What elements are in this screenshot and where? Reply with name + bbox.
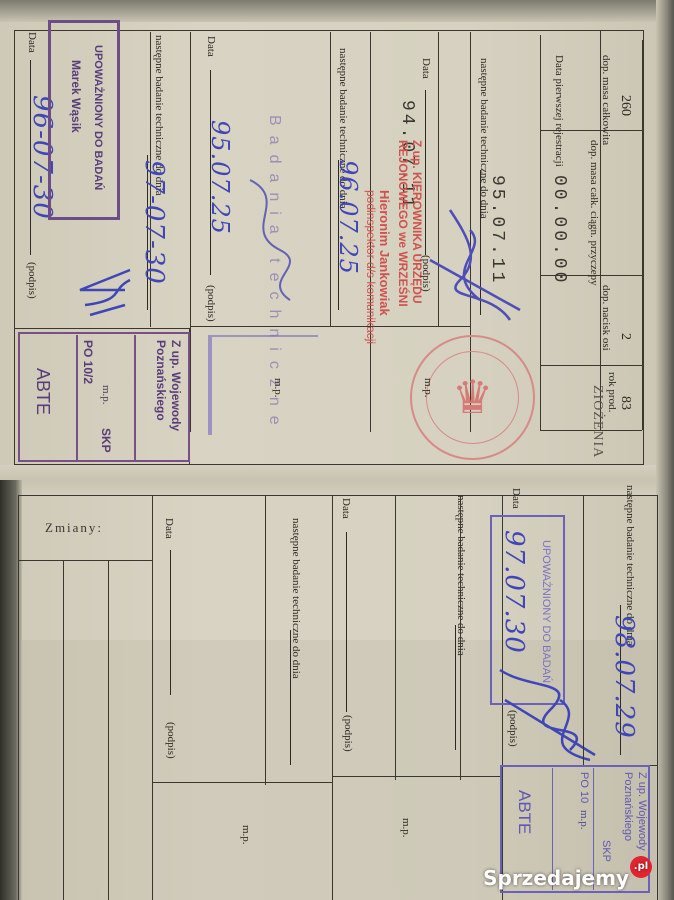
skp-stamp-2-name: ABTE	[516, 790, 533, 834]
inspection-6-mp-label: m.p.	[240, 825, 251, 845]
divider	[583, 495, 584, 765]
inspection-2-signature-label: (podpis)	[205, 285, 216, 322]
divider	[395, 495, 396, 780]
divider	[190, 32, 191, 432]
watermark-badge: .pl	[630, 856, 652, 878]
authorized-inspector-stamp	[48, 20, 120, 220]
inspection-1-mp-label: m.p.	[422, 378, 433, 398]
inspection-1-date-label: Data	[420, 58, 431, 79]
skp-stamp-code: PO 10/2	[82, 340, 94, 384]
inspection-6-next-label: następne badanie techniczne do dnia	[290, 518, 301, 679]
page-fold	[0, 465, 674, 495]
inspection-3-mp-label: m.p.	[100, 385, 111, 405]
card-edge-right	[656, 0, 674, 900]
inspection-2-faint-frame	[208, 335, 318, 435]
divider	[332, 776, 502, 777]
inspection-5-date-label: Data	[340, 498, 351, 519]
inspection-4-next-value: 98.07.29	[612, 615, 636, 739]
changes-col-divider	[108, 560, 109, 900]
inspection-5-signature-label: (podpis)	[342, 715, 353, 752]
inspection-2-mp-label: m.p.	[272, 378, 283, 398]
trailer-weight-label: dop. masa całk. ciągn. przyczepy	[588, 140, 599, 286]
authorized-stamp-title: UPOWAŻNIONY DO BADAŃ	[92, 45, 104, 190]
inspection-4-signature	[490, 660, 610, 770]
inspection-3-signature	[70, 260, 140, 320]
stamp-divider	[134, 335, 136, 460]
inspection-6-date-label: Data	[163, 518, 174, 539]
fill-line	[290, 630, 291, 765]
fill-line	[455, 625, 456, 750]
axle-load-value: 2	[618, 333, 632, 340]
inspection-3-date-label: Data	[26, 32, 37, 53]
production-year-label: rok prod.	[606, 372, 617, 412]
skp-stamp-type: SKP	[100, 428, 112, 453]
total-weight-label: dop. masa całkowita	[600, 55, 611, 145]
total-weight-value: 260	[618, 95, 632, 116]
production-year-value: 83	[618, 396, 632, 410]
card-edge-top	[0, 0, 674, 22]
axle-load-label: dop. nacisk osi	[600, 285, 611, 351]
inspection-4-mp-label: m.p.	[578, 810, 589, 830]
skp-stamp-line2: Poznańskiego	[155, 340, 167, 421]
fill-line	[170, 550, 171, 695]
divider	[540, 35, 541, 430]
eagle-emblem-icon: ♛	[452, 375, 493, 421]
skp-stamp-2-line2: Poznańskiego	[622, 772, 634, 841]
inspection-2-date-label: Data	[205, 36, 216, 57]
changes-label: Zmiany:	[45, 520, 103, 536]
changes-col-divider	[63, 560, 64, 900]
divider	[152, 782, 332, 783]
first-registration-label: Data pierwszej rejestracji	[553, 55, 564, 167]
skp-stamp-line1: Z up. Wojewody	[170, 340, 182, 431]
skp-stamp-2-code: PO 10	[578, 772, 590, 803]
divider	[540, 365, 642, 366]
divider	[460, 495, 461, 780]
skp-stamp-2-line1: Z up. Wojewody	[636, 772, 648, 851]
inspection-3-next-value: 97-07-30	[142, 160, 166, 285]
inspection-1-signature	[420, 200, 530, 330]
inspection-4-date-value: 97.07.30	[502, 530, 526, 654]
divider	[330, 32, 331, 327]
divider	[332, 495, 333, 900]
overprint-text: ZIOŻENIA	[590, 385, 604, 458]
skp-stamp-name: ABTE	[34, 368, 52, 415]
divider	[642, 40, 643, 430]
stamp-divider	[76, 335, 78, 460]
skp-stamp-2-type: SKP	[600, 840, 612, 862]
divider	[152, 495, 153, 900]
inspection-2-date-value: 95.07.25	[208, 120, 232, 235]
divider	[265, 495, 266, 785]
inspection-1-stamp-line2: REJONOWEGO we WRZEŚNI	[396, 140, 409, 307]
sprzedajemy-watermark: Sprzedajemy.pl	[483, 866, 652, 890]
authorized-stamp-name: Marek Wąsik	[70, 60, 82, 133]
inspection-2-next-value: 96.07.25	[336, 160, 360, 275]
inspection-4-date-label: Data	[510, 488, 521, 509]
inspection-5-mp-label: m.p.	[400, 818, 411, 838]
inspection-1-stamp-title: podinspektor d/s komunikacji	[364, 190, 377, 344]
divider	[18, 560, 152, 561]
inspection-6-signature-label: (podpis)	[165, 722, 176, 759]
inspection-3-signature-label: (podpis)	[26, 262, 37, 299]
inspection-2-signature	[230, 170, 320, 310]
first-registration-value: 00.00.00	[550, 175, 568, 285]
inspection-1-stamp-name: Hieronim Jankowiak	[378, 190, 391, 316]
watermark-text: Sprzedajemy	[483, 866, 629, 890]
fill-line	[346, 532, 347, 712]
